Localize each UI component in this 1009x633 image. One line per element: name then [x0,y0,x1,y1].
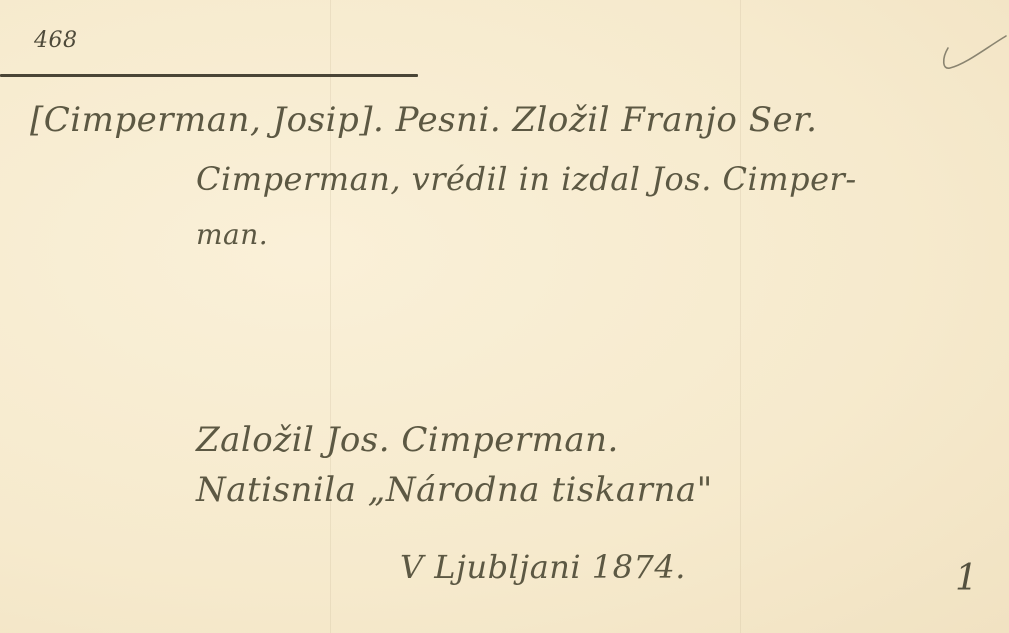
publisher-line: Založil Jos. Cimperman. [196,420,619,460]
copy-number: 1 [955,558,978,599]
check-mark-icon [938,34,1008,74]
catalog-card: 468 [Cimperman, Josip]. Pesni. Zložil Fr… [0,0,1009,633]
printer-line: Natisnila „Národna tiskarna" [196,470,713,510]
entry-line-1: [Cimperman, Josip]. Pesni. Zložil Franjo… [30,100,817,140]
paper-fold [330,0,331,633]
call-number: 468 [34,28,78,53]
paper-fold [740,0,741,633]
place-date-line: V Ljubljani 1874. [400,548,686,586]
entry-line-2: Cimperman, vrédil in izdal Jos. Cimper- [196,160,857,198]
entry-line-3: man. [196,218,268,251]
header-rule [0,74,418,77]
